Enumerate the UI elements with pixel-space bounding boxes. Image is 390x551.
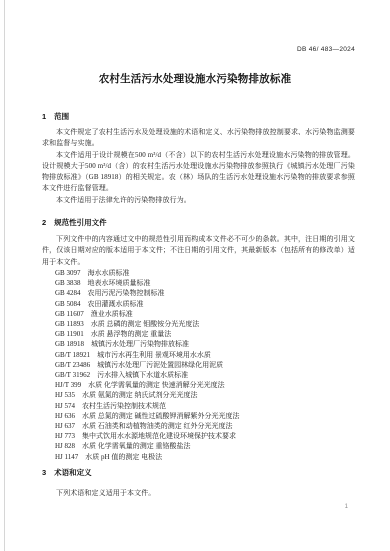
section-heading-normative-references: 2规范性引用文件 <box>42 218 355 228</box>
reference-code: GB 11607 <box>55 309 84 319</box>
reference-item: GB/T 18921城市污水再生利用 景观环境用水水质 <box>55 350 355 360</box>
reference-code: HJ 535 <box>55 390 75 400</box>
reference-title: 水质 氨氮的测定 纳氏试剂分光光度法 <box>82 391 198 399</box>
reference-list: GB 3097海水水质标准 GB 3838地表水环境质量标准 GB 4284农用… <box>42 268 355 462</box>
document-body: 1范围 本文件规定了农村生活污水及处理设施的术语和定义、水污染物排放控制要求、水… <box>42 112 355 499</box>
reference-title: 城镇污水处理厂污染物排放标准 <box>91 340 189 348</box>
reference-code: GB 5084 <box>55 299 80 309</box>
reference-title: 水质 石油类和动植物油类的测定 红外分光光度法 <box>82 422 233 430</box>
reference-item: GB 3838地表水环境质量标准 <box>55 278 355 288</box>
reference-code: GB 11901 <box>55 329 84 339</box>
reference-code: GB 11893 <box>55 319 84 329</box>
reference-code: GB 4284 <box>55 288 80 298</box>
section-number: 3 <box>42 468 46 477</box>
section-title: 术语和定义 <box>54 468 92 477</box>
reference-code: HJ 574 <box>55 401 75 411</box>
reference-code: GB 3838 <box>55 278 80 288</box>
section-title: 范围 <box>54 112 69 121</box>
section-heading-terms: 3术语和定义 <box>42 468 355 478</box>
page-number: 1 <box>345 504 348 510</box>
reference-title: 水质 总磷的测定 钼酸铵分光光度法 <box>91 320 200 328</box>
reference-item: GB 4284农用污泥污染物控制标准 <box>55 288 355 298</box>
page-title: 农村生活污水处理设施水污染物排放标准 <box>0 71 390 86</box>
paragraph: 本文件适用于法律允许的污染物排放行为。 <box>42 195 355 206</box>
reference-item: HJ 773集中式饮用水水源地规范化建设环境保护技术要求 <box>55 431 355 441</box>
reference-item: GB 11607渔业水质标准 <box>55 309 355 319</box>
reference-item: GB 11901水质 悬浮物的测定 重量法 <box>55 329 355 339</box>
section-title: 规范性引用文件 <box>54 218 107 227</box>
reference-title: 海水水质标准 <box>87 269 129 277</box>
reference-item: GB 18918城镇污水处理厂污染物排放标准 <box>55 339 355 349</box>
reference-item: HJ 535水质 氨氮的测定 纳氏试剂分光光度法 <box>55 390 355 400</box>
section-number: 2 <box>42 218 46 227</box>
reference-code: HJ 1147 <box>55 452 78 462</box>
reference-code: GB/T 31962 <box>55 370 90 380</box>
reference-title: 渔业水质标准 <box>91 310 133 318</box>
reference-code: HJ/T 399 <box>55 380 81 390</box>
reference-title: 污水排入城镇下水道水质标准 <box>97 371 188 379</box>
reference-code: HJ 636 <box>55 411 75 421</box>
reference-title: 水质 化学需氧量的测定 重铬酸盐法 <box>82 442 191 450</box>
reference-title: 水质 总氮的测定 碱性过硫酸钾消解紫外分光光度法 <box>82 412 240 420</box>
reference-title: 水质 化学需氧量的测定 快速消解分光光度法 <box>88 381 225 389</box>
reference-title: 城镇污水处理厂污泥处置园林绿化用泥质 <box>97 361 223 369</box>
reference-code: HJ 773 <box>55 431 75 441</box>
reference-item: HJ/T 399水质 化学需氧量的测定 快速消解分光光度法 <box>55 380 355 390</box>
section-heading-scope: 1范围 <box>42 112 355 122</box>
reference-title: 水质 悬浮物的测定 重量法 <box>91 330 172 338</box>
paragraph: 本文件适用于设计规模在500 m³/d（不含）以下的农村生活污水处理设施水污染物… <box>42 150 355 195</box>
reference-item: HJ 828水质 化学需氧量的测定 重铬酸盐法 <box>55 441 355 451</box>
reference-code: GB/T 23486 <box>55 360 90 370</box>
reference-title: 农村生活污染控制技术规范 <box>82 402 166 410</box>
reference-title: 农用污泥污染物控制标准 <box>87 289 164 297</box>
section-number: 1 <box>42 112 46 121</box>
reference-code: GB 18918 <box>55 339 84 349</box>
reference-item: HJ 1147水质 pH 值的测定 电极法 <box>55 452 355 462</box>
reference-code: GB/T 18921 <box>55 350 90 360</box>
reference-title: 水质 pH 值的测定 电极法 <box>85 453 162 461</box>
reference-title: 集中式饮用水水源地规范化建设环境保护技术要求 <box>82 432 236 440</box>
reference-code: HJ 637 <box>55 421 75 431</box>
reference-item: HJ 574农村生活污染控制技术规范 <box>55 401 355 411</box>
paragraph: 本文件规定了农村生活污水及处理设施的术语和定义、水污染物排放控制要求、水污染物监… <box>42 127 355 150</box>
standard-code: DB 46/ 483—2024 <box>297 46 355 53</box>
reference-code: HJ 828 <box>55 441 75 451</box>
reference-item: HJ 636水质 总氮的测定 碱性过硫酸钾消解紫外分光光度法 <box>55 411 355 421</box>
reference-code: GB 3097 <box>55 268 80 278</box>
paragraph: 下列术语和定义适用于本文件。 <box>42 488 355 499</box>
reference-item: GB/T 23486城镇污水处理厂污泥处置园林绿化用泥质 <box>55 360 355 370</box>
reference-item: GB 3097海水水质标准 <box>55 268 355 278</box>
reference-item: GB/T 31962污水排入城镇下水道水质标准 <box>55 370 355 380</box>
reference-title: 农田灌溉水质标准 <box>87 300 143 308</box>
paragraph: 下列文件中的内容通过文中的规范性引用而构成本文件必不可少的条款。其中，注日期的引… <box>42 234 355 268</box>
reference-item: GB 11893水质 总磷的测定 钼酸铵分光光度法 <box>55 319 355 329</box>
reference-title: 城市污水再生利用 景观环境用水水质 <box>97 351 211 359</box>
document-page: DB 46/ 483—2024 农村生活污水处理设施水污染物排放标准 1范围 本… <box>0 0 390 551</box>
reference-title: 地表水环境质量标准 <box>87 279 150 287</box>
reference-item: HJ 637水质 石油类和动植物油类的测定 红外分光光度法 <box>55 421 355 431</box>
reference-item: GB 5084农田灌溉水质标准 <box>55 299 355 309</box>
